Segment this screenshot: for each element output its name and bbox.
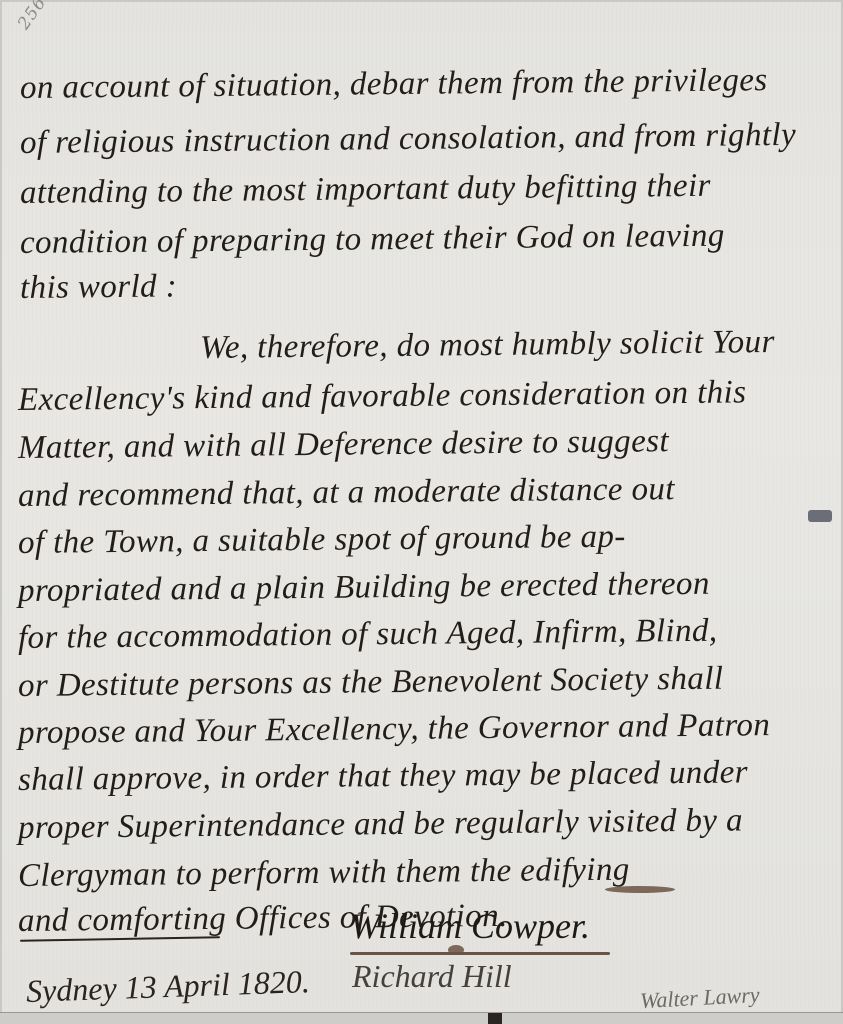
text-line-5: this world :	[20, 268, 177, 307]
text-line-7: Excellency's kind and favorable consider…	[18, 374, 747, 419]
text-line-11: propriated and a plain Building be erect…	[18, 566, 710, 610]
margin-tab-marker	[808, 510, 832, 522]
ink-blot	[448, 945, 464, 955]
signature-richard-hill: Richard Hill	[352, 958, 512, 995]
text-line-1: on account of situation, debar them from…	[20, 62, 768, 107]
text-line-13: or Destitute persons as the Benevolent S…	[18, 661, 724, 705]
text-line-4: condition of preparing to meet their God…	[20, 218, 725, 262]
signature-walter-lawry: Walter Lawry	[639, 982, 760, 1014]
text-line-14: propose and Your Excellency, the Governo…	[18, 707, 771, 752]
manuscript-page: 256 on account of situation, debar them …	[0, 0, 843, 1024]
text-line-8: Matter, and with all Deference desire to…	[18, 423, 669, 467]
text-line-10: of the Town, a suitable spot of ground b…	[18, 519, 626, 562]
ink-stroke	[605, 886, 675, 893]
text-line-16: proper Superintendance and be regularly …	[18, 802, 743, 847]
signature-underline	[350, 952, 610, 955]
text-line-17: Clergyman to perform with them the edify…	[18, 852, 630, 895]
binding-clip	[488, 1013, 502, 1024]
text-line-9: and recommend that, at a moderate distan…	[18, 471, 675, 515]
text-line-12: for the accommodation of such Aged, Infi…	[18, 613, 718, 657]
dateline: Sydney 13 April 1820.	[25, 963, 310, 1010]
text-line-2: of religious instruction and consolation…	[20, 117, 796, 162]
signature-william-cowper: William Cowper.	[350, 905, 590, 947]
text-line-3: attending to the most important duty bef…	[20, 168, 711, 212]
text-line-15: shall approve, in order that they may be…	[18, 754, 748, 799]
scan-bottom-edge	[0, 1012, 843, 1024]
text-line-6: We, therefore, do most humbly solicit Yo…	[200, 324, 775, 367]
folio-number: 256	[14, 0, 51, 33]
